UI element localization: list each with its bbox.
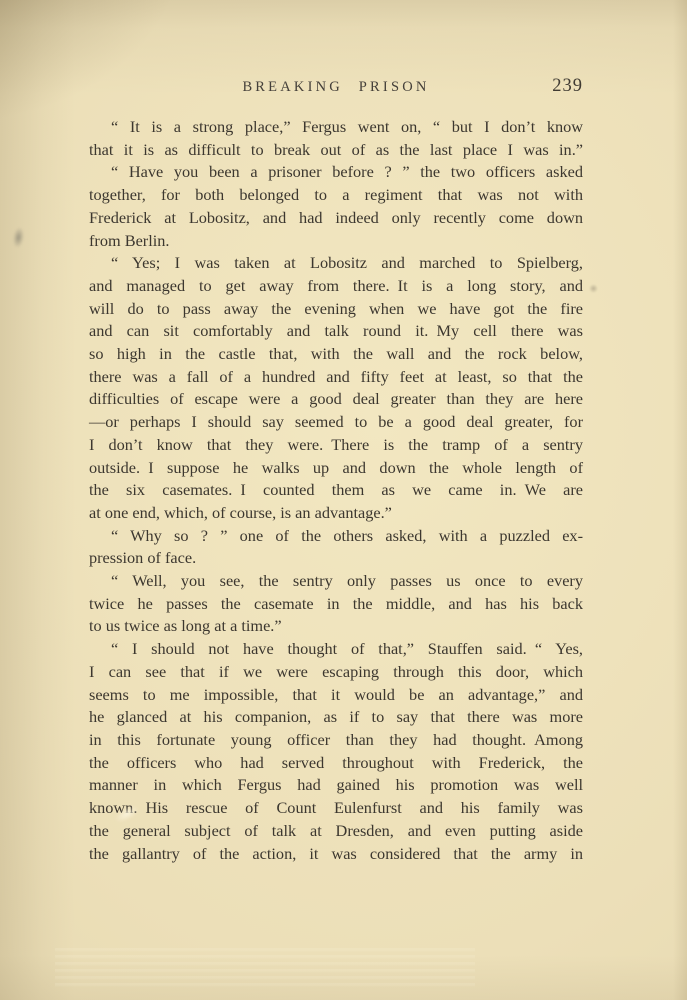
paper-blemish-dot bbox=[589, 284, 598, 293]
text-line: I don’t know that they were. There is th… bbox=[89, 434, 583, 457]
text-line: the gallantry of the action, it was cons… bbox=[89, 843, 583, 866]
text-line: known. His rescue of Count Eulenfurst an… bbox=[89, 797, 583, 820]
running-header: BREAKING PRISON 239 bbox=[89, 79, 583, 99]
text-line: from Berlin. bbox=[89, 230, 583, 253]
text-line: “ Have you been a prisoner before ? ” th… bbox=[89, 161, 583, 184]
page-text: “ It is a strong place,” Fergus went on,… bbox=[89, 116, 583, 865]
text-line: the general subject of talk at Dresden, … bbox=[89, 820, 583, 843]
text-line: the six casemates. I counted them as we … bbox=[89, 479, 583, 502]
text-line: manner in which Fergus had gained his pr… bbox=[89, 774, 583, 797]
text-line: “ Yes; I was taken at Lobositz and march… bbox=[89, 252, 583, 275]
book-page: BREAKING PRISON 239 “ It is a strong pla… bbox=[0, 0, 687, 1000]
text-line: the officers who had served throughout w… bbox=[89, 752, 583, 775]
text-line: seems to me impossible, that it would be… bbox=[89, 684, 583, 707]
text-line: difficulties of escape were a good deal … bbox=[89, 388, 583, 411]
scan-streaks bbox=[55, 948, 475, 988]
paper-smudge bbox=[12, 226, 26, 248]
text-line: to us twice as long at a time.” bbox=[89, 615, 583, 638]
text-line: —or perhaps I should say seemed to be a … bbox=[89, 411, 583, 434]
text-line: at one end, which, of course, is an adva… bbox=[89, 502, 583, 525]
text-line: in this fortunate young officer than the… bbox=[89, 729, 583, 752]
text-line: that it is as difficult to break out of … bbox=[89, 139, 583, 162]
text-line: “ Well, you see, the sentry only passes … bbox=[89, 570, 583, 593]
text-line: and managed to get away from there. It i… bbox=[89, 275, 583, 298]
running-header-title: BREAKING PRISON bbox=[89, 79, 583, 96]
text-line: twice he passes the casemate in the midd… bbox=[89, 593, 583, 616]
text-line: pression of face. bbox=[89, 547, 583, 570]
text-line: I can see that if we were escaping throu… bbox=[89, 661, 583, 684]
text-line: outside. I suppose he walks up and down … bbox=[89, 457, 583, 480]
text-line: so high in the castle that, with the wal… bbox=[89, 343, 583, 366]
page-number: 239 bbox=[552, 76, 583, 97]
text-line: “ Why so ? ” one of the others asked, wi… bbox=[89, 525, 583, 548]
text-line: together, for both belonged to a regimen… bbox=[89, 184, 583, 207]
text-line: and can sit comfortably and talk round i… bbox=[89, 320, 583, 343]
text-line: he glanced at his companion, as if to sa… bbox=[89, 706, 583, 729]
text-line: Frederick at Lobositz, and had indeed on… bbox=[89, 207, 583, 230]
text-line: “ I should not have thought of that,” St… bbox=[89, 638, 583, 661]
text-line: “ It is a strong place,” Fergus went on,… bbox=[89, 116, 583, 139]
text-line: will do to pass away the evening when we… bbox=[89, 298, 583, 321]
text-line: there was a fall of a hundred and fifty … bbox=[89, 366, 583, 389]
